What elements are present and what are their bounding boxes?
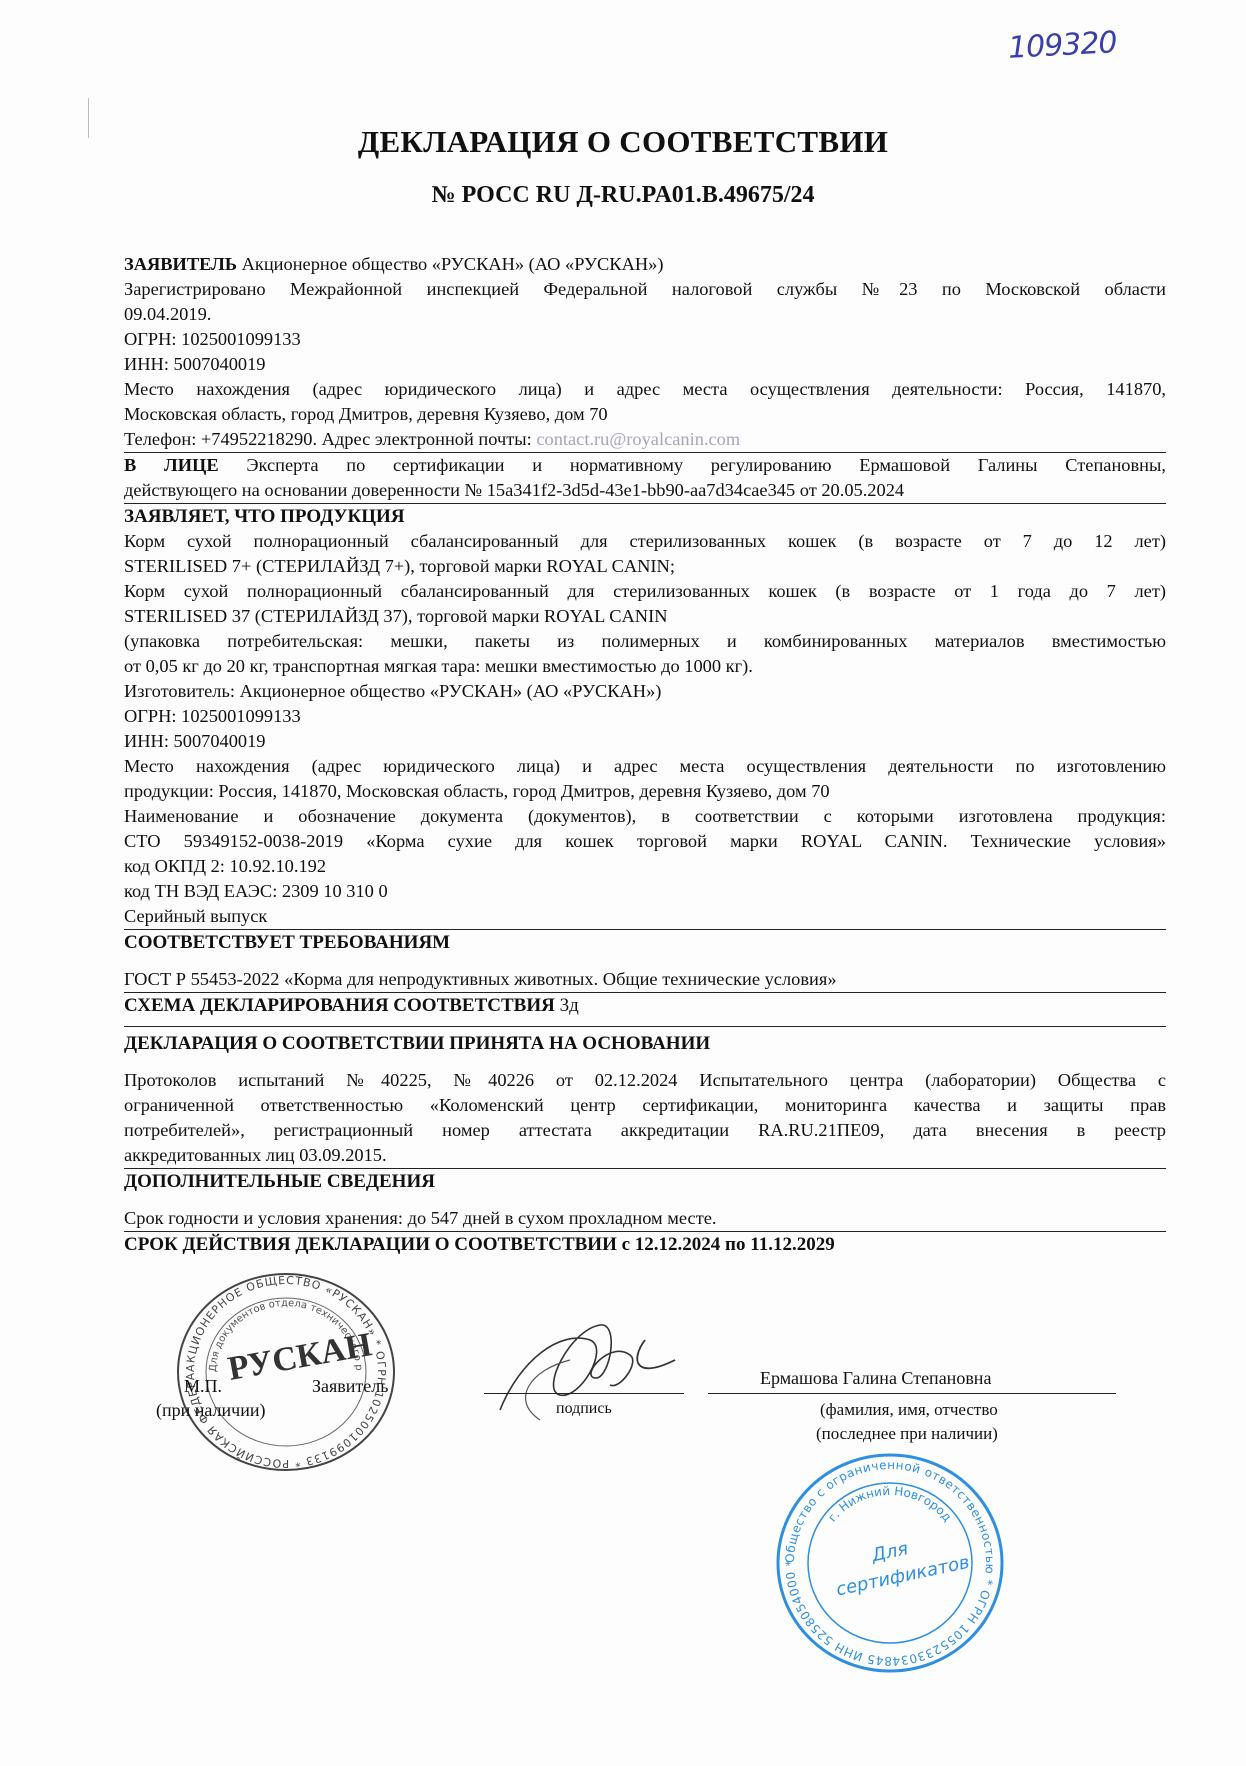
product-heading: ЗАЯВЛЯЕТ, ЧТО ПРОДУКЦИЯ xyxy=(124,504,1166,529)
svg-text:сертификатов: сертификатов xyxy=(834,1552,971,1601)
manufacturer-address-2: продукции: Россия, 141870, Московская об… xyxy=(124,779,1166,804)
product-line: Корм сухой полнорационный сбалансированн… xyxy=(124,529,1166,554)
representative-text: Эксперта по сертификации и нормативному … xyxy=(246,455,1166,475)
okpd-code: код ОКПД 2: 10.92.10.192 xyxy=(124,854,1166,879)
standard-doc: СТО 59349152-0038-2019 «Корма сухие для … xyxy=(124,829,1166,854)
applicant-email: contact.ru@royalcanin.com xyxy=(536,429,740,449)
certificates-stamp-icon: Общество с ограниченной ответственностью… xyxy=(770,1448,1010,1678)
svg-text:Общество с ограниченной ответс: Общество с ограниченной ответственностью… xyxy=(770,1448,997,1668)
manufacturer-ogrn: ОГРН: 1025001099133 xyxy=(124,704,1166,729)
ruskan-stamp-icon: АКЦИОНЕРНОЕ ОБЩЕСТВО «РУСКАН» * ОГРН 102… xyxy=(168,1272,404,1472)
applicant-line: ЗАЯВИТЕЛЬ Акционерное общество «РУСКАН» … xyxy=(124,252,1166,277)
requirements-text: ГОСТ Р 55453-2022 «Корма для непродуктив… xyxy=(124,967,1166,993)
applicant-inn: ИНН: 5007040019 xyxy=(124,352,1166,377)
scheme-line: СХЕМА ДЕКЛАРИРОВАНИЯ СООТВЕТСТВИЯ 3д xyxy=(124,993,1166,1027)
applicant-contacts: Телефон: +74952218290. Адрес электронной… xyxy=(124,427,1166,453)
tnved-code: код ТН ВЭД ЕАЭС: 2309 10 310 0 xyxy=(124,879,1166,904)
manufacturer-address-1: Место нахождения (адрес юридического лиц… xyxy=(124,754,1166,779)
manufacturer-line: Изготовитель: Акционерное общество «РУСК… xyxy=(124,679,1166,704)
mp-note: (при наличии) xyxy=(156,1400,265,1421)
serial-release: Серийный выпуск xyxy=(124,904,1166,930)
declaration-page: 109320 ДЕКЛАРАЦИЯ О СООТВЕТСТВИИ № РОСС … xyxy=(0,0,1246,1766)
representative-line-2: действующего на основании доверенности №… xyxy=(124,478,1166,504)
registration-line-2: 09.04.2019. xyxy=(124,302,1166,327)
representative-line-1: В ЛИЦЕ Эксперта по сертификации и нормат… xyxy=(124,453,1166,478)
scheme-value: 3д xyxy=(560,995,579,1016)
applicant-address-2: Московская область, город Дмитров, дерев… xyxy=(124,402,1166,427)
applicant-address-1: Место нахождения (адрес юридического лиц… xyxy=(124,377,1166,402)
applicant-phone: Телефон: +74952218290. Адрес электронной… xyxy=(124,429,532,449)
applicant-ogrn: ОГРН: 1025001099133 xyxy=(124,327,1166,352)
requirements-heading: СООТВЕТСТВУЕТ ТРЕБОВАНИЯМ xyxy=(124,930,1166,955)
document-title: ДЕКЛАРАЦИЯ О СООТВЕТСТВИИ xyxy=(0,124,1246,160)
svg-text:АКЦИОНЕРНОЕ ОБЩЕСТВО «РУСКАН»: АКЦИОНЕРНОЕ ОБЩЕСТВО «РУСКАН» * ОГРН 102… xyxy=(168,1272,388,1470)
applicant-name: Акционерное общество «РУСКАН» (АО «РУСКА… xyxy=(242,254,664,274)
applicant-sign-label: Заявитель xyxy=(312,1376,388,1397)
svg-text:Для: Для xyxy=(869,1538,910,1566)
manufacturer-inn: ИНН: 5007040019 xyxy=(124,729,1166,754)
product-line: Корм сухой полнорационный сбалансированн… xyxy=(124,579,1166,604)
svg-text:г. Нижний Новгород: г. Нижний Новгород xyxy=(825,1484,954,1525)
declaration-body: ЗАЯВИТЕЛЬ Акционерное общество «РУСКАН» … xyxy=(124,252,1166,1257)
additional-heading: ДОПОЛНИТЕЛЬНЫЕ СВЕДЕНИЯ xyxy=(124,1169,1166,1194)
name-note-2: (последнее при наличии) xyxy=(816,1424,998,1444)
name-note-1: (фамилия, имя, отчество xyxy=(820,1400,998,1420)
svg-text:РУСКАН: РУСКАН xyxy=(225,1326,374,1388)
product-line: STERILISED 7+ (СТЕРИЛАЙЗД 7+), торговой … xyxy=(124,554,1166,579)
product-line: (упаковка потребительская: мешки, пакеты… xyxy=(124,629,1166,654)
scheme-heading: СХЕМА ДЕКЛАРИРОВАНИЯ СООТВЕТСТВИЯ xyxy=(124,995,555,1016)
product-line: STERILISED 37 (СТЕРИЛАЙЗД 37), торговой … xyxy=(124,604,1166,629)
svg-text:Для документов отдела техничес: Для документов отдела технического регул… xyxy=(168,1272,364,1372)
registration-line-1: Зарегистрировано Межрайонной инспекцией … xyxy=(124,277,1166,302)
signature-label: подпись xyxy=(556,1400,612,1418)
additional-text: Срок годности и условия хранения: до 547… xyxy=(124,1206,1166,1232)
signer-underline xyxy=(708,1393,1116,1394)
basis-heading: ДЕКЛАРАЦИЯ О СООТВЕТСТВИИ ПРИНЯТА НА ОСН… xyxy=(124,1031,1166,1056)
signature-underline xyxy=(484,1393,684,1394)
product-line: от 0,05 кг до 20 кг, транспортная мягкая… xyxy=(124,654,1166,679)
basis-line: Протоколов испытаний №40225, №40226 от 0… xyxy=(124,1068,1166,1093)
handwritten-number: 109320 xyxy=(1007,25,1117,66)
validity-text: СРОК ДЕЙСТВИЯ ДЕКЛАРАЦИИ О СООТВЕТСТВИИ … xyxy=(124,1232,1166,1257)
representative-label: В ЛИЦЕ xyxy=(124,455,219,475)
declaration-number: № РОСС RU Д-RU.PA01.B.49675/24 xyxy=(0,182,1246,209)
applicant-label: ЗАЯВИТЕЛЬ xyxy=(124,254,237,274)
mp-label: М.П. xyxy=(184,1376,222,1397)
basis-line: аккредитованных лиц 03.09.2015. xyxy=(124,1143,1166,1169)
handwritten-signature-icon xyxy=(480,1300,700,1430)
basis-line: потребителей», регистрационный номер атт… xyxy=(124,1118,1166,1143)
basis-line: ограниченной ответственностью «Коломенск… xyxy=(124,1093,1166,1118)
signer-name: Ермашова Галина Степановна xyxy=(760,1368,991,1389)
standard-doc-label: Наименование и обозначение документа (до… xyxy=(124,804,1166,829)
